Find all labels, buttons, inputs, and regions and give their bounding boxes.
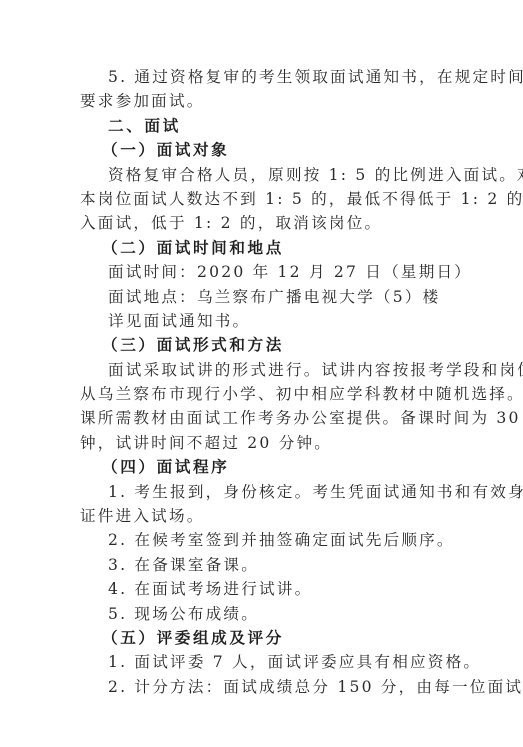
subsection-heading: （三）面试形式和方法 — [80, 333, 444, 357]
paragraph-line: 面试地点：乌兰察布广播电视大学（5）楼 — [80, 285, 444, 309]
paragraph-line: 课所需教材由面试工作考务办公室提供。备课时间为 30 分 — [80, 406, 444, 430]
paragraph-line: 2. 计分方法：面试成绩总分 150 分，由每一位面试评委 — [80, 675, 444, 699]
paragraph-line: 资格复审合格人员，原则按 1: 5 的比例进入面试。对于 — [80, 163, 444, 187]
paragraph-line: 2. 在候考室签到并抽签确定面试先后顺序。 — [80, 528, 444, 552]
paragraph-line: 3. 在备课室备课。 — [80, 553, 444, 577]
section-heading: 二、面试 — [80, 114, 444, 138]
subsection-heading: （五）评委组成及评分 — [80, 626, 444, 650]
paragraph-line: 本岗位面试人数达不到 1: 5 的，最低不得低于 1: 2 的比例进 — [80, 187, 444, 211]
subsection-heading: （一）面试对象 — [80, 138, 444, 162]
paragraph-line: 5. 现场公布成绩。 — [80, 602, 444, 626]
paragraph-line: 面试时间：2020 年 12 月 27 日（星期日） — [80, 260, 444, 284]
paragraph-line: 1. 考生报到，身份核定。考生凭面试通知书和有效身份 — [80, 480, 444, 504]
paragraph-line: 证件进入试场。 — [80, 504, 444, 528]
paragraph-line: 入面试，低于 1: 2 的，取消该岗位。 — [80, 211, 444, 235]
paragraph-line: 详见面试通知书。 — [80, 309, 444, 333]
document-page: 5. 通过资格复审的考生领取面试通知书，在规定时间按 要求参加面试。 二、面试 … — [80, 65, 444, 699]
paragraph-line: 从乌兰察布市现行小学、初中相应学科教材中随机选择。备 — [80, 382, 444, 406]
paragraph-line: 5. 通过资格复审的考生领取面试通知书，在规定时间按 — [80, 65, 444, 89]
paragraph-line: 面试采取试讲的形式进行。试讲内容按报考学段和岗位 — [80, 358, 444, 382]
subsection-heading: （二）面试时间和地点 — [80, 236, 444, 260]
paragraph-line: 要求参加面试。 — [80, 89, 444, 113]
paragraph-line: 1. 面试评委 7 人，面试评委应具有相应资格。 — [80, 650, 444, 674]
paragraph-line: 钟，试讲时间不超过 20 分钟。 — [80, 431, 444, 455]
paragraph-line: 4. 在面试考场进行试讲。 — [80, 577, 444, 601]
subsection-heading: （四）面试程序 — [80, 455, 444, 479]
